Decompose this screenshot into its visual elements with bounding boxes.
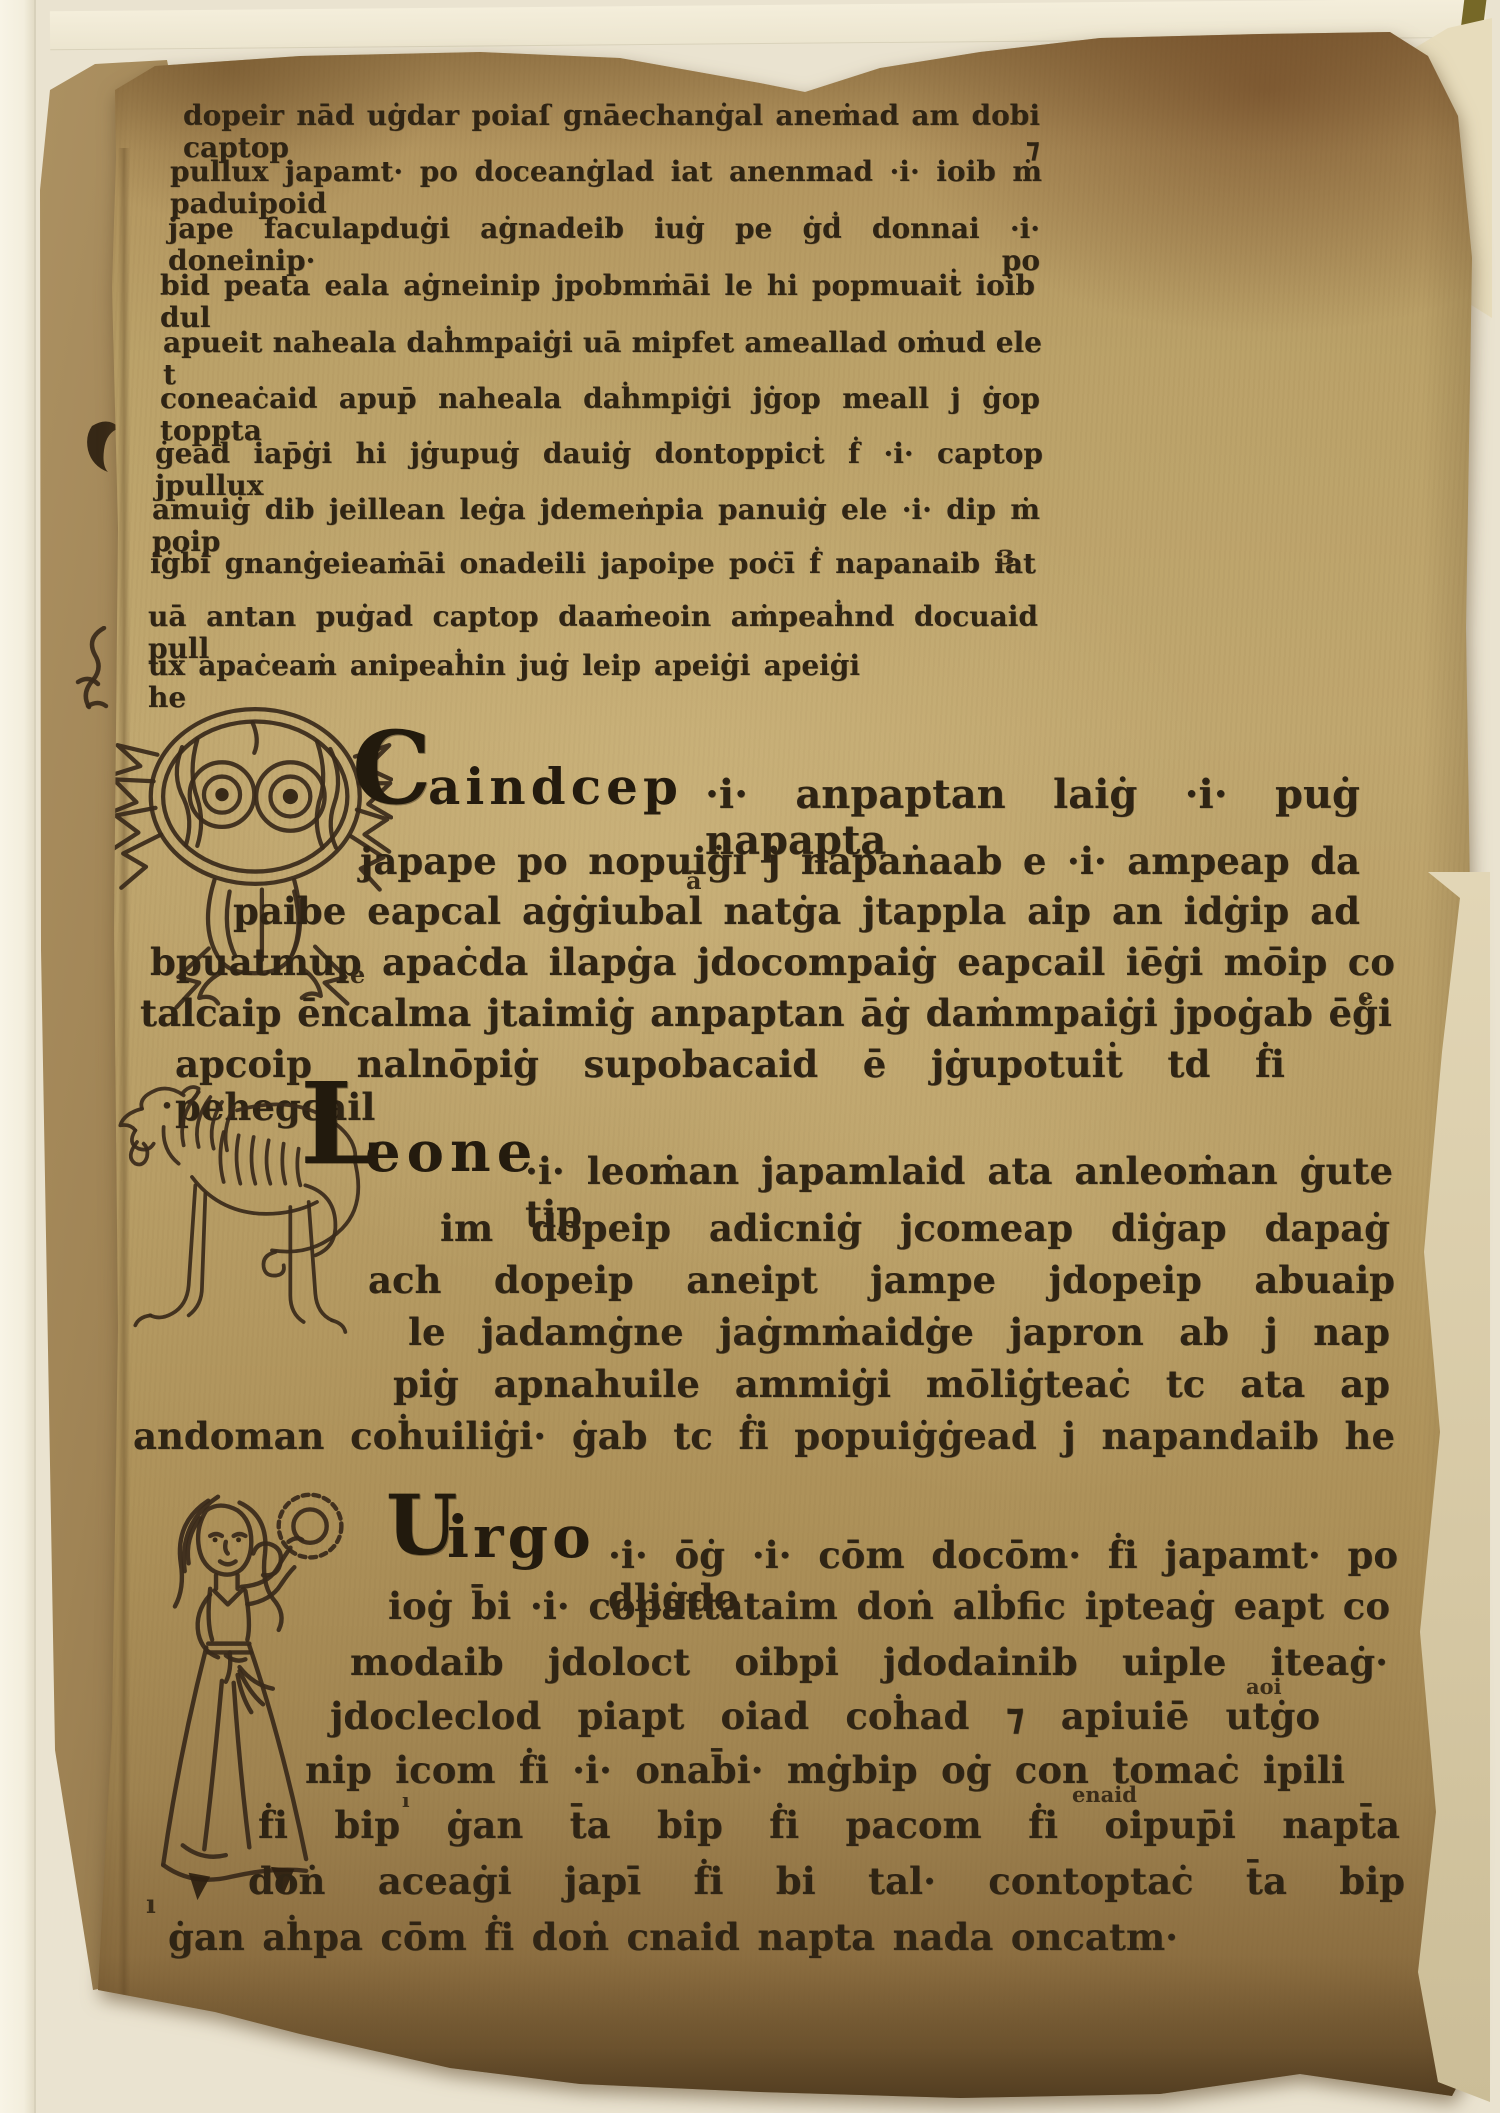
text-line: pullux japamt· po doceanġlad iat anenmad… (170, 156, 1042, 220)
text-line: bpuatmup apaċda ilapġa jdocompaiġ eapcai… (150, 941, 1395, 984)
interlinear-gloss: enaid (1072, 1782, 1137, 1807)
text-line: ach dopeip aneipt jampe jdopeip abuaip (368, 1259, 1395, 1302)
cancer-initial: C (352, 728, 432, 808)
text-line: nip icom ḟi ·i· onab̄i· mġbip oġ con tom… (305, 1749, 1345, 1792)
text-line: andoman coḣuiliġi· ġab tc ḟi popuiġġead … (133, 1415, 1395, 1458)
text-line: japape po nopuiġi j napaṅaab e ·i· ampea… (360, 840, 1360, 883)
text-line: iġḃi gnanġeieaṁāi onadeili japoipe poċī … (150, 548, 1036, 580)
text-line: ioġ b̄i ·i· copattataim doṅ alḃfic iptea… (388, 1585, 1390, 1628)
text-line: jdocleclod piapt oiad coḣad ⁊ apiuiē utġ… (330, 1695, 1320, 1738)
mat-left-edge (0, 0, 36, 2113)
margin-mark: ı (146, 1890, 156, 1920)
interlinear-gloss: aoi (1246, 1674, 1282, 1699)
manuscript-page: 3 dopeir nād uġdar poiaſ gnāechanġal ane… (60, 28, 1480, 2100)
text-line: im dopeip adicniġ jcomeap diġap dapaġ (440, 1207, 1390, 1250)
text-line: piġ apnahuile ammiġi mōliġteaċ tc ata ap (393, 1363, 1390, 1406)
text-line: ḟi bip ġan t̄a bip ḟi pacom ḟi oipup̄i n… (258, 1804, 1400, 1847)
interlinear-gloss: e (350, 960, 365, 989)
margin-pen-trial (74, 626, 120, 714)
interlinear-gloss: e (1358, 982, 1373, 1011)
text-line: paibe eapcal aġġiubal natġa jtappla aip … (233, 890, 1360, 933)
manuscript-photo: 3 dopeir nād uġdar poiaſ gnāechanġal ane… (0, 0, 1500, 2113)
cancer-heading-word: aindcep (428, 762, 683, 812)
virgo-heading-word: irgo (447, 1508, 595, 1566)
text-line: doṅ aceaġi japī ḟi bi tal· contoptaċ t̄a… (248, 1860, 1405, 1903)
text-line: le jadamġne jaġmṁaidġe japron ab j nap (408, 1311, 1390, 1354)
text-line: bid peata eala aġneinip jpobmṁāi le hi p… (160, 270, 1035, 334)
text-line: talcaip ēncalma jtaimiġ anpaptan āġ daṁm… (140, 992, 1392, 1035)
text-line: jape faculapduġi aġnadeib iuġ pe ġḋ donn… (168, 213, 1040, 277)
interlinear-gloss: ā (686, 866, 702, 895)
text-line: modaib jdoloct oibpi jdodainib uiple ite… (350, 1641, 1388, 1684)
line-end-mark: ɜ (998, 538, 1014, 571)
leo-heading-word: eone (365, 1124, 538, 1180)
interlinear-gloss: ı (402, 1788, 410, 1812)
text-line: ġan aḣpa cōm ḟi doṅ cnaid napta nada onc… (168, 1916, 1178, 1959)
